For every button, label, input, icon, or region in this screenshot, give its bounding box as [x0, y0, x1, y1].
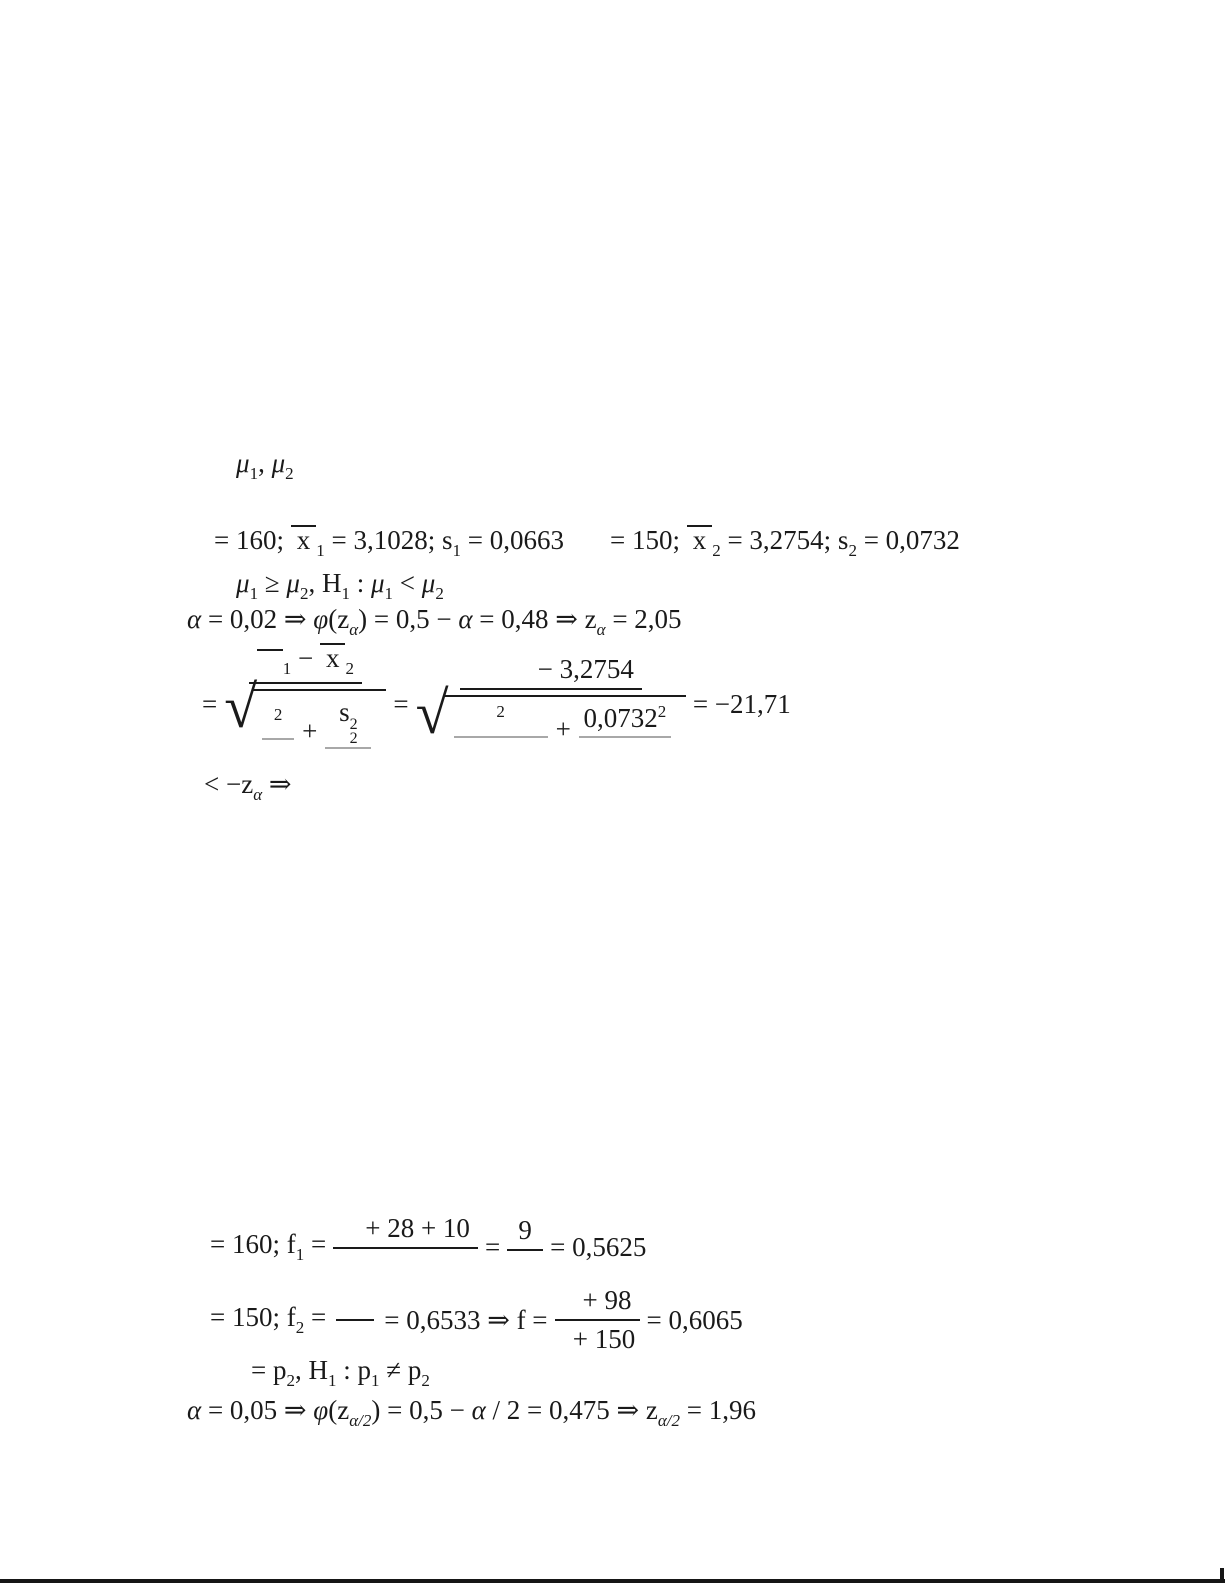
document-page: μ1, μ2 = 160; x1 = 3,1028; s1 = 0,0663 =…	[0, 0, 1225, 1585]
formula-token: ≠ p	[380, 1355, 422, 1385]
formula-token: / 2 = 0,475 ⇒ z	[486, 1395, 658, 1425]
formula-token: 2	[848, 541, 857, 560]
f2-lead: = 150; f2 =	[210, 1301, 326, 1338]
formula-token: 2	[286, 1371, 295, 1390]
formula-token: + 28 + 10	[365, 1213, 470, 1243]
z-fraction-numeric: − 3,2754 √ 2 + 0,07322	[416, 653, 686, 756]
formula-token: 2	[435, 584, 444, 603]
formula-token: x	[320, 643, 346, 673]
formula-token: μ	[286, 568, 300, 598]
sample2-stats: = 150; x2 = 3,2754; s2 = 0,0732	[610, 524, 960, 561]
formula-token: 2	[296, 1318, 305, 1337]
formula-token: = 0,6533 ⇒ f =	[384, 1305, 547, 1335]
formula-token: = 0,0732	[857, 525, 960, 555]
formula-token: , H	[308, 568, 341, 598]
formula-token: = 160;	[214, 525, 291, 555]
formula-token: α	[472, 1395, 486, 1425]
f1-fraction: + 28 + 10	[333, 1212, 478, 1281]
formula-token: = 160; f	[210, 1229, 296, 1259]
pooled-f-fraction: + 98 + 150	[555, 1284, 640, 1356]
formula-token: 2	[658, 702, 667, 721]
radicand: 2 + s22	[253, 689, 386, 766]
equals-sign: =	[393, 688, 408, 720]
radical: √ 2 + 0,07322	[416, 692, 686, 755]
fraction-numerator: − 3,2754	[460, 653, 642, 690]
formula-token: = −21,71	[693, 689, 791, 719]
formula-token: α/2	[658, 1411, 680, 1430]
formula-token: x	[687, 525, 713, 555]
decision-line: < −zα ⇒	[204, 768, 292, 805]
page-bottom-border	[0, 1579, 1225, 1583]
formula-token: 1	[452, 541, 461, 560]
formula-token: 2	[345, 659, 354, 678]
formula-token: 2	[274, 705, 283, 724]
radical: √ 2 + s22	[224, 686, 386, 766]
z-fraction-symbolic: 1 − x2 √ 2 + s22	[224, 642, 386, 767]
equals-sign: =	[485, 1231, 500, 1263]
formula-token: α	[187, 604, 201, 634]
f1-lead: = 160; f1 =	[210, 1228, 326, 1265]
formula-token: 1	[250, 464, 259, 483]
formula-token: < −z	[204, 769, 253, 799]
erased-fraction-bar	[336, 1319, 374, 1321]
formula-token: (z	[328, 1395, 349, 1425]
sample-stats-line: = 160; x1 = 3,1028; s1 = 0,0663 = 150; x…	[214, 524, 960, 561]
formula-token: μ	[272, 448, 286, 478]
fraction-denominator: √ 2 + s22	[224, 684, 386, 766]
pooled-f-result: = 0,6065	[647, 1304, 743, 1336]
formula-token: α	[187, 1395, 201, 1425]
formula-token: 1	[371, 1371, 380, 1390]
formula-token: =	[304, 1229, 326, 1259]
formula-token: =	[485, 1232, 500, 1262]
formula-token: = 0,5625	[550, 1232, 646, 1262]
formula-token: ,	[258, 448, 272, 478]
alpha2-zalpha2-line: α = 0,05 ⇒ φ(zα/2) = 0,5 − α / 2 = 0,475…	[187, 1394, 756, 1431]
f2-mid: = 0,6533 ⇒ f =	[384, 1304, 547, 1336]
formula-token: 1	[283, 659, 292, 678]
formula-token: 2	[496, 702, 505, 721]
radicand: 2 + 0,07322	[445, 695, 686, 755]
page-corner-tick	[1220, 1568, 1224, 1580]
inner-fraction-s2: s22	[325, 696, 371, 766]
formula-token: 1	[296, 1245, 305, 1264]
formula-token: = 3,1028; s	[325, 525, 453, 555]
formula-token: = 150; f	[210, 1302, 296, 1332]
formula-token: = p	[251, 1355, 286, 1385]
formula-token: 2	[421, 1371, 430, 1390]
z-result: = −21,71	[693, 688, 791, 720]
mu-symbols-line: μ1, μ2	[236, 447, 294, 484]
formula-token: φ	[313, 1395, 328, 1425]
formula-token: (z	[328, 604, 349, 634]
formula-token: x	[291, 525, 317, 555]
formula-token: μ	[422, 568, 436, 598]
formula-token: α	[458, 604, 472, 634]
formula-token	[257, 649, 283, 667]
erased-inner-fraction: 2	[262, 705, 294, 758]
formula-token: 2	[285, 464, 294, 483]
formula-token: ⇒	[262, 769, 291, 799]
formula-token: + 150	[573, 1323, 635, 1355]
formula-token: α	[253, 785, 262, 804]
formula-token: μ	[236, 568, 250, 598]
proportion-hypotheses-line: = p2, H1 : p1 ≠ p2	[251, 1354, 430, 1391]
formula-token: =	[202, 689, 217, 719]
formula-token: 2	[712, 541, 721, 560]
formula-token: α	[597, 620, 606, 639]
formula-token: + 98	[583, 1285, 632, 1315]
formula-token: = 2,05	[606, 604, 682, 634]
erased-inner-fraction: 2	[454, 702, 548, 755]
f1-result: = 0,5625	[550, 1231, 646, 1263]
formula-token: : p	[336, 1355, 371, 1385]
formula-token: ) = 0,5 −	[358, 604, 458, 634]
hypotheses-line: μ1 ≥ μ2, H1 : μ1 < μ2	[236, 567, 444, 604]
formula-token: 1	[341, 584, 350, 603]
formula-token: <	[393, 568, 422, 598]
z-statistic-formula: = 1 − x2 √ 2 + s22	[202, 642, 791, 767]
formula-token: = 150;	[610, 525, 687, 555]
inner-fraction-0-0732: 0,07322	[579, 702, 671, 755]
formula-token: α/2	[349, 1411, 371, 1430]
formula-token: =	[393, 689, 408, 719]
formula-token: :	[350, 568, 371, 598]
formula-token: φ	[313, 604, 328, 634]
formula-token: = 1,96	[680, 1395, 756, 1425]
plus-sign: +	[553, 713, 574, 745]
formula-token: μ	[371, 568, 385, 598]
formula-token: 0,0732	[583, 703, 657, 733]
formula-token: − 3,2754	[538, 654, 634, 684]
f1-fraction-reduced: 9	[507, 1214, 543, 1279]
formula-token: = 0,48 ⇒ z	[473, 604, 597, 634]
f1-formula-line: = 160; f1 = + 28 + 10 = 9 = 0,5625	[210, 1212, 646, 1281]
formula-token: 9	[518, 1215, 532, 1245]
formula-token: = 3,2754; s	[721, 525, 849, 555]
formula-token: μ	[236, 448, 250, 478]
formula-token: , H	[295, 1355, 328, 1385]
f2-pooled-formula-line: = 150; f2 = = 0,6533 ⇒ f = + 98 + 150 = …	[210, 1284, 743, 1356]
alpha-zalpha-line: α = 0,02 ⇒ φ(zα) = 0,5 − α = 0,48 ⇒ zα =…	[187, 603, 682, 640]
formula-token: 1	[385, 584, 394, 603]
formula-token: ≥	[258, 568, 286, 598]
equals-sign: =	[202, 688, 217, 720]
formula-token: =	[304, 1302, 326, 1332]
formula-token: 1	[316, 541, 325, 560]
formula-token: ) = 0,5 −	[371, 1395, 471, 1425]
fraction-denominator: √ 2 + 0,07322	[416, 690, 686, 755]
sample1-stats: = 160; x1 = 3,1028; s1 = 0,0663	[214, 524, 564, 561]
formula-token: = 0,0663	[461, 525, 564, 555]
formula-token: 22	[350, 718, 358, 745]
fraction-numerator: 1 − x2	[249, 642, 362, 684]
formula-token	[559, 1323, 573, 1355]
formula-token: = 0,6065	[647, 1305, 743, 1335]
formula-token: = 0,05 ⇒	[201, 1395, 313, 1425]
formula-token: −	[291, 643, 320, 673]
plus-sign: +	[299, 715, 320, 747]
formula-token: s	[339, 697, 350, 727]
formula-token: 1	[250, 584, 259, 603]
formula-token: α	[349, 620, 358, 639]
formula-token: = 0,02 ⇒	[201, 604, 313, 634]
